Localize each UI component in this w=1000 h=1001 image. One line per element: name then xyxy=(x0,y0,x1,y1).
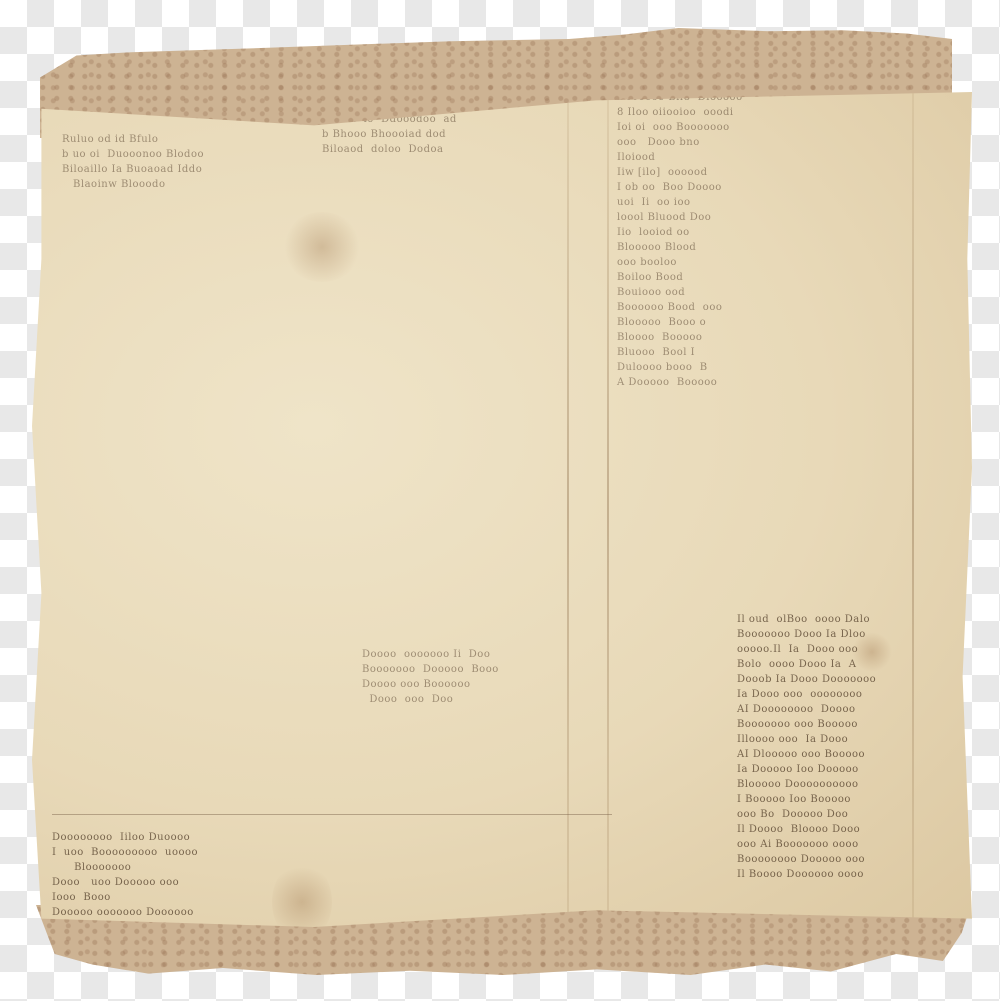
fold-crease xyxy=(567,92,569,927)
stain xyxy=(282,212,362,282)
text-block-right-lower: Il oud olBoo oooo Dalo Booooooo Dooo Ia … xyxy=(737,612,876,882)
text-block-left-bottom: Doooooooo Iiloo Duoooo I uoo Booooooooo … xyxy=(52,830,198,927)
text-block-left-top: Ruluo od id Bfulo b uo oi Duooonoo Blodo… xyxy=(62,132,204,192)
aged-paper-image: Ruluo od id Bfulo b uo oi Duooonoo Blodo… xyxy=(0,0,1000,1001)
column-rule xyxy=(52,814,612,815)
text-block-right-column: Doooooo Bil8 Dlooooo 8 Iloo oiiooioo ooo… xyxy=(617,92,743,390)
fold-crease xyxy=(607,92,609,927)
text-block-center-bottom: Doooo ooooooo Ii Doo Booooooo Dooooo Boo… xyxy=(362,647,499,707)
fold-crease xyxy=(912,92,914,927)
paper-sheet: Ruluo od id Bfulo b uo oi Duooonoo Blodo… xyxy=(32,92,972,927)
stain xyxy=(272,862,332,927)
